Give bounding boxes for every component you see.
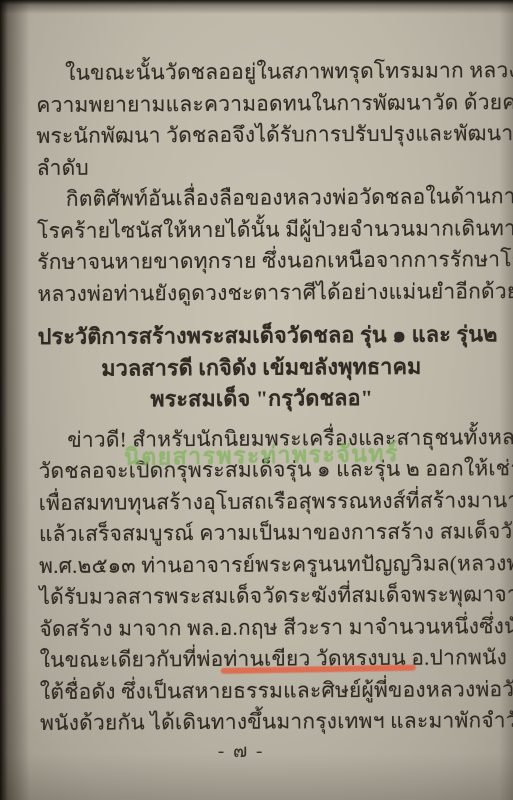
text-line-with-highlight: ในขณะเดียวกับที่พ่อท่านเขียว วัดหรงบน อ.… (40, 642, 487, 676)
highlighted-monk-name: ท่านเขียว วัดหรงบน (223, 646, 406, 671)
page-content: ในขณะนั้นวัดชลออยู่ในสภาพทรุดโทรมมาก หลว… (36, 55, 487, 739)
text-line: เพื่อสมทบทุนสร้างอุโบสถเรือสุพรรณหงส์ที่… (39, 485, 486, 519)
text-line: ข่าวดี! สำหรับนักนิยมพระเครื่องและสาธุชน… (38, 422, 485, 456)
text-segment: ในขณะเดียวกับที่พ่อ (40, 647, 224, 672)
text-line: หลวงพ่อท่านยังดูดวงชะตาราศีได้อย่างแม่นย… (37, 276, 484, 310)
text-line: จัดสร้าง มาจาก พล.อ.กฤษ สีวะรา มาจำนวนหน… (39, 611, 486, 645)
paragraph-healing-fame: กิตติศัพท์อันเลื่องลือของหลวงพ่อวัดชลอใน… (37, 181, 485, 310)
text-line: พนังด้วยกัน ได้เดินทางขึ้นมากรุงเทพฯ และ… (40, 705, 487, 739)
text-line: วัดชลอจะเปิดกรุพระสมเด็จรุ่น ๑ และรุ่น ๒… (38, 453, 485, 487)
page-number: - ๗ - (0, 736, 482, 766)
heading-line-subtitle: มวลสารดี เกจิดัง เข้มขลังพุทธาคม (38, 351, 485, 385)
text-line: รักษาจนหายขาดทุกราย ซึ่งนอกเหนือจากการรั… (37, 244, 484, 278)
text-line: ได้รับมวลสารพระสมเด็จวัดระฆังที่สมเด็จพร… (39, 579, 486, 613)
text-line: พระนักพัฒนา วัดชลอจึงได้รับการปรับปรุงแล… (36, 118, 483, 152)
scanned-book-page: ในขณะนั้นวัดชลออยู่ในสภาพทรุดโทรมมาก หลว… (0, 0, 513, 800)
text-segment: อ.ปากพนัง เกจิอาจารย์สาย (406, 644, 513, 670)
text-line: กิตติศัพท์อันเลื่องลือของหลวงพ่อวัดชลอใน… (37, 181, 484, 215)
text-line: พ.ศ.๒๕๑๓ ท่านอาจารย์พระครูนนทปัญญวิมล(หล… (39, 548, 486, 582)
text-line: ใต้ชื่อดัง ซึ่งเป็นสหายธรรมและศิษย์ผู้พี… (40, 674, 487, 708)
section-heading: ประวัติการสร้างพระสมเด็จวัดชลอ รุ่น ๑ แล… (38, 319, 486, 416)
paragraph-temple-restoration: ในขณะนั้นวัดชลออยู่ในสภาพทรุดโทรมมาก หลว… (36, 55, 484, 184)
text-line: ลำดับ (37, 150, 484, 184)
heading-line-title: ประวัติการสร้างพระสมเด็จวัดชลอ รุ่น ๑ แล… (38, 319, 485, 353)
text-line: โรคร้ายไซนัสให้หายได้นั้น มีผู้ป่วยจำนวน… (37, 213, 484, 247)
paragraph-amulet-history: ข่าวดี! สำหรับนักนิยมพระเครื่องและสาธุชน… (38, 422, 487, 740)
text-line: ความพยายามและความอดทนในการพัฒนาวัด ด้วยค… (36, 87, 483, 121)
text-line: แล้วเสร็จสมบูรณ์ ความเป็นมาของการสร้าง ส… (39, 516, 486, 550)
text-line: ในขณะนั้นวัดชลออยู่ในสภาพทรุดโทรมมาก หลว… (36, 55, 483, 89)
heading-line-amulet-name: พระสมเด็จ "กรุวัดชลอ" (38, 382, 485, 416)
